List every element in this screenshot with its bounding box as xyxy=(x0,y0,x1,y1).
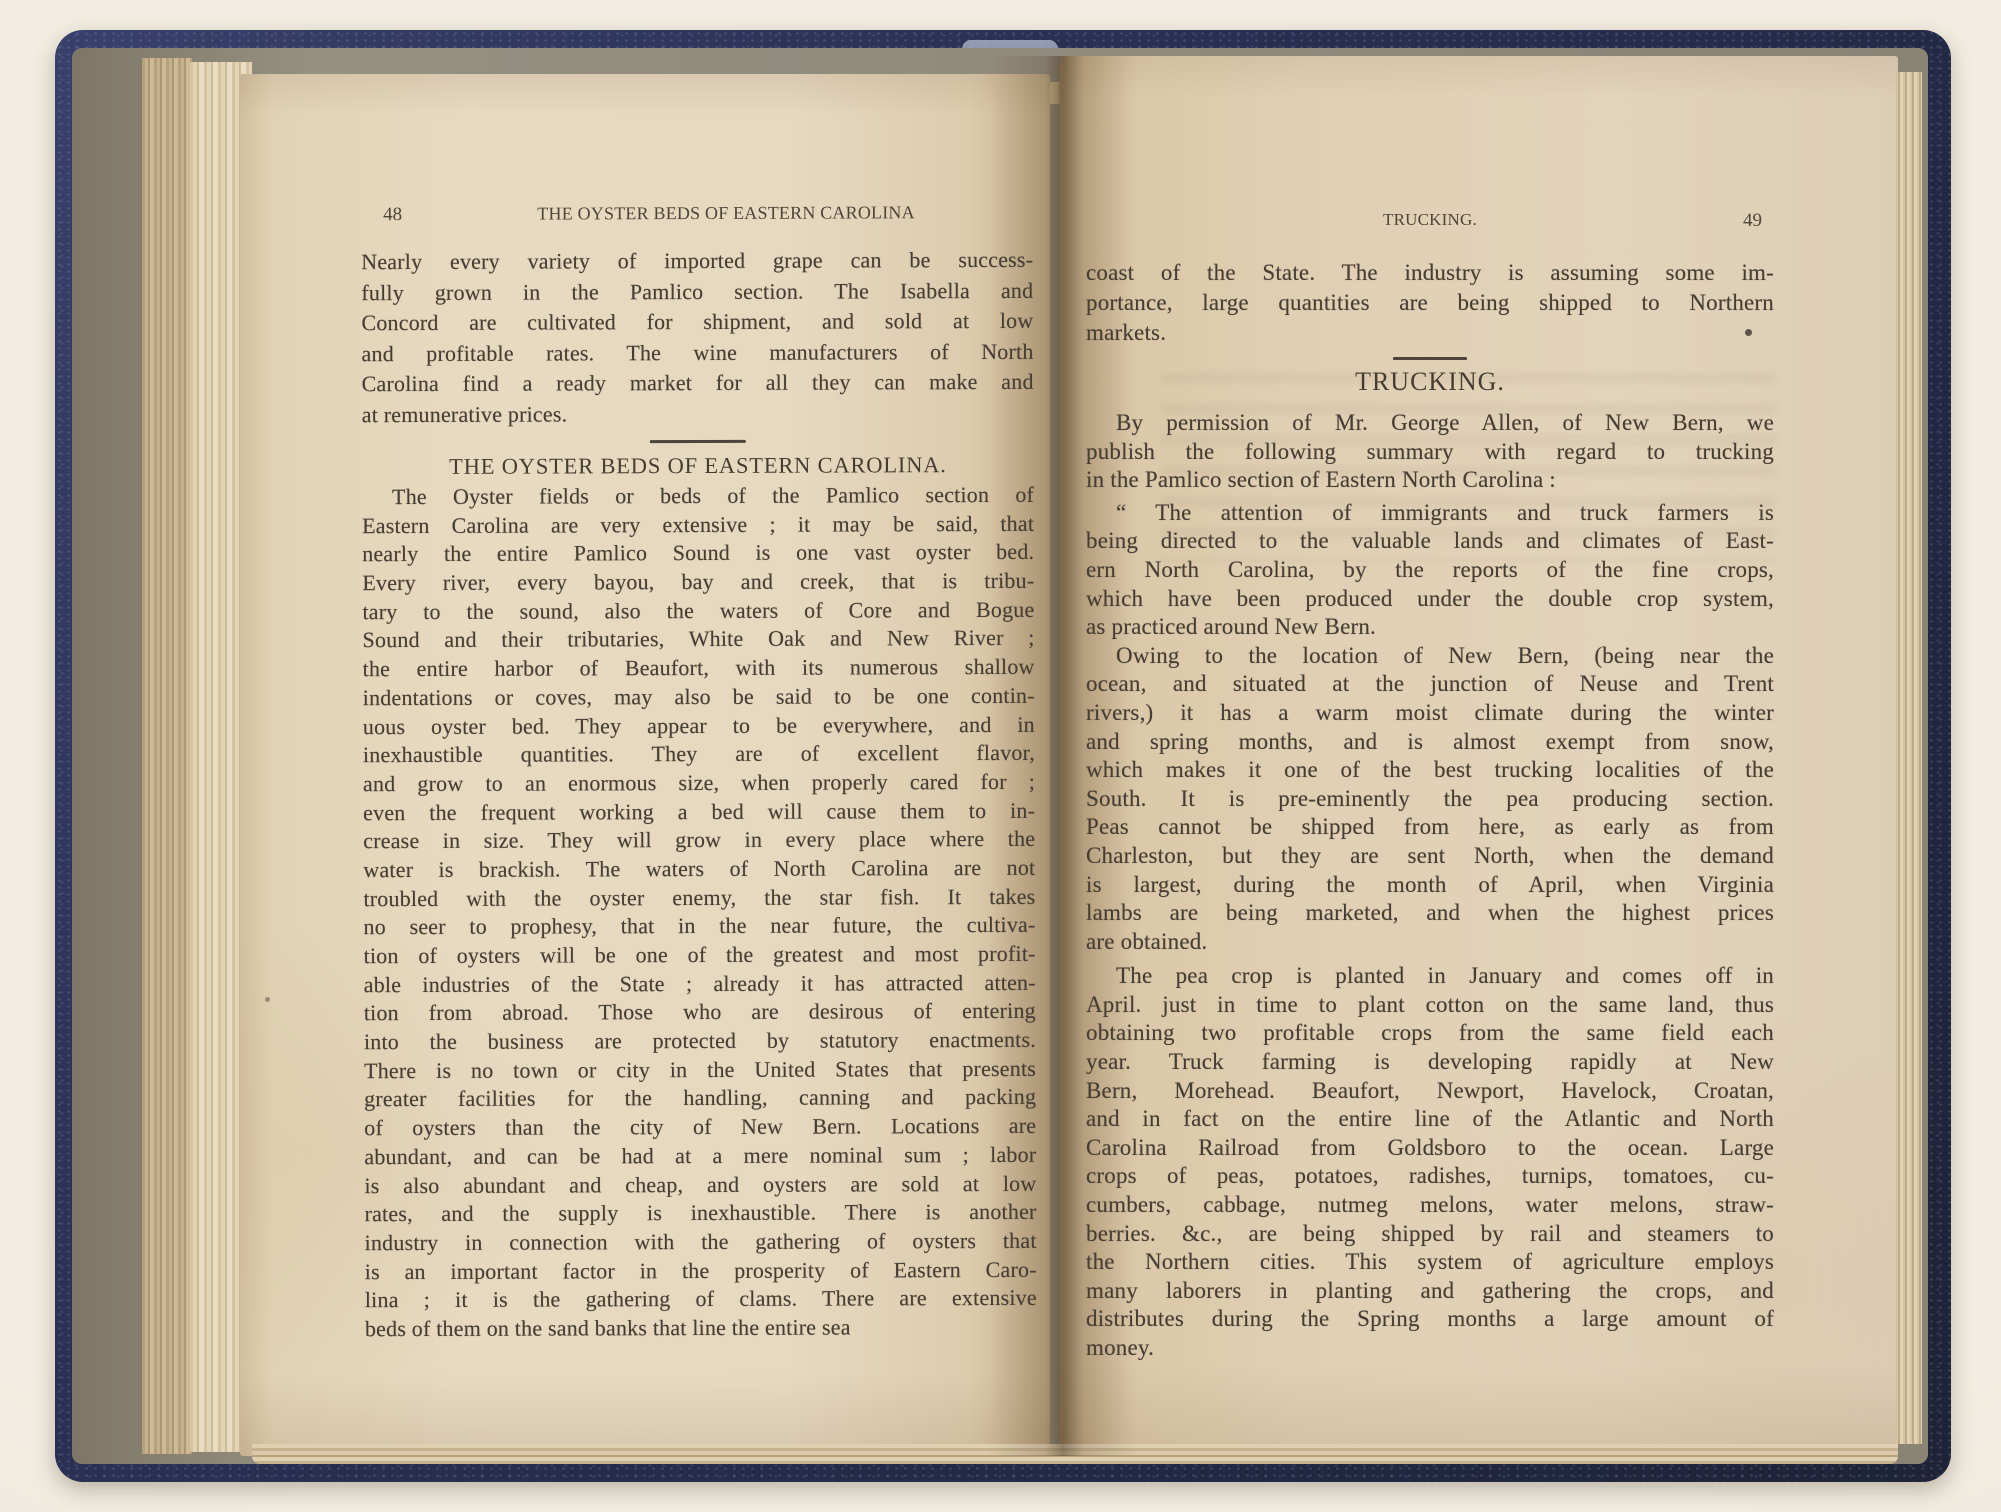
text-line: tary to the sound, also the waters of Co… xyxy=(362,596,1034,627)
text-line: uous oyster bed. They appear to be every… xyxy=(363,710,1035,741)
text-line: at remunerative prices. xyxy=(362,397,1034,430)
text-line: even the frequent working a bed will cau… xyxy=(363,796,1035,827)
text-line: lambs are being marketed, and when the h… xyxy=(1086,899,1774,928)
paragraph-trucking-attention: “ The attention of immigrants and truck … xyxy=(1086,499,1774,642)
text-line: publish the following summary with regar… xyxy=(1086,438,1774,467)
text-line: lina ; it is the gathering of clams. The… xyxy=(365,1284,1037,1315)
page-number-left: 48 xyxy=(383,204,402,226)
text-line: “ The attention of immigrants and truck … xyxy=(1086,499,1774,528)
page-edge-stack-bottom xyxy=(252,1444,1898,1464)
text-line: indentations or coves, may also be said … xyxy=(363,682,1035,713)
text-line: distributes during the Spring months a l… xyxy=(1086,1305,1774,1334)
left-page-text-column: 48 THE OYSTER BEDS OF EASTERN CAROLINA N… xyxy=(361,202,1037,1344)
text-line: rates, and the supply is inexhaustible. … xyxy=(364,1198,1036,1229)
text-line: many laborers in planting and gathering … xyxy=(1086,1277,1774,1306)
running-header-title-left: THE OYSTER BEDS OF EASTERN CAROLINA xyxy=(361,202,1033,225)
text-line: crease in size. They will grow in every … xyxy=(363,825,1035,856)
text-line: water is brackish. The waters of North C… xyxy=(363,854,1035,885)
text-line: There is no town or city in the United S… xyxy=(364,1055,1036,1086)
text-line: Charleston, but they are sent North, whe… xyxy=(1086,842,1774,871)
text-line: is largest, during the month of April, w… xyxy=(1086,871,1774,900)
text-line: no seer to prophesy, that in the near fu… xyxy=(363,911,1035,942)
running-header-left: 48 THE OYSTER BEDS OF EASTERN CAROLINA xyxy=(361,202,1033,228)
text-line: Owing to the location of New Bern, (bein… xyxy=(1086,642,1774,671)
text-line: ocean, and situated at the junction of N… xyxy=(1086,670,1774,699)
text-line: rivers,) it has a warm moist climate dur… xyxy=(1086,699,1774,728)
text-line: is also abundant and cheap, and oysters … xyxy=(364,1169,1036,1200)
page-edge-stack-left-outer xyxy=(142,58,192,1454)
text-line: By permission of Mr. George Allen, of Ne… xyxy=(1086,409,1774,438)
text-line: Bern, Morehead. Beaufort, Newport, Havel… xyxy=(1086,1077,1774,1106)
text-line: is an important factor in the prosperity… xyxy=(365,1255,1037,1286)
text-line: money. xyxy=(1086,1334,1774,1363)
text-line: nearly the entire Pamlico Sound is one v… xyxy=(362,538,1034,569)
paragraph-grape-culture: Nearly every variety of imported grape c… xyxy=(361,245,1034,430)
text-line: The Oyster fields or beds of the Pamlico… xyxy=(362,481,1034,512)
text-line: able industries of the State ; already i… xyxy=(364,969,1036,1000)
running-header-right: TRUCKING. 49 xyxy=(1086,210,1774,234)
text-line: as practiced around New Bern. xyxy=(1086,613,1774,642)
paragraph-shipping-continuation: coast of the State. The industry is assu… xyxy=(1086,258,1774,348)
text-line: the Northern cities. This system of agri… xyxy=(1086,1248,1774,1277)
text-line: and in fact on the entire line of the At… xyxy=(1086,1105,1774,1134)
paragraph-oyster-beds: The Oyster fields or beds of the Pamlico… xyxy=(362,481,1037,1344)
text-line: which makes it one of the best trucking … xyxy=(1086,756,1774,785)
text-line: Nearly every variety of imported grape c… xyxy=(361,245,1033,278)
text-line: tion of oysters will be one of the great… xyxy=(364,940,1036,971)
text-line: berries. &c., are being shipped by rail … xyxy=(1086,1220,1774,1249)
text-line: inexhaustible quantities. They are of ex… xyxy=(363,739,1035,770)
paragraph-trucking-climate: Owing to the location of New Bern, (bein… xyxy=(1086,642,1774,957)
text-line: greater facilities for the handling, can… xyxy=(364,1083,1036,1114)
paragraph-trucking-pea-crop: The pea crop is planted in January and c… xyxy=(1086,962,1774,1362)
text-line: crops of peas, potatoes, radishes, turni… xyxy=(1086,1162,1774,1191)
right-page-text-column: TRUCKING. 49 coast of the State. The ind… xyxy=(1086,210,1774,1363)
text-line: being directed to the valuable lands and… xyxy=(1086,527,1774,556)
section-divider-rule-right xyxy=(1393,357,1467,360)
text-line: coast of the State. The industry is assu… xyxy=(1086,258,1774,288)
book-photo: 48 THE OYSTER BEDS OF EASTERN CAROLINA N… xyxy=(0,0,2001,1512)
text-line: the entire harbor of Beaufort, with its … xyxy=(363,653,1035,684)
text-line: industry in connection with the gatherin… xyxy=(365,1227,1037,1258)
text-line: and spring months, and is almost exempt … xyxy=(1086,728,1774,757)
page-number-right: 49 xyxy=(1743,210,1762,232)
text-line: year. Truck farming is developing rapidl… xyxy=(1086,1048,1774,1077)
paragraph-trucking-permission: By permission of Mr. George Allen, of Ne… xyxy=(1086,409,1774,495)
text-line: troubled with the oyster enemy, the star… xyxy=(363,882,1035,913)
text-line: The pea crop is planted in January and c… xyxy=(1086,962,1774,991)
text-line: Peas cannot be shipped from here, as ear… xyxy=(1086,813,1774,842)
text-line: April. just in time to plant cotton on t… xyxy=(1086,991,1774,1020)
text-line: fully grown in the Pamlico section. The … xyxy=(361,275,1033,308)
section-heading-right: TRUCKING. xyxy=(1086,367,1774,397)
text-line: portance, large quantities are being shi… xyxy=(1086,288,1774,318)
text-line: cumbers, cabbage, nutmeg melons, water m… xyxy=(1086,1191,1774,1220)
text-line: of oysters than the city of New Bern. Lo… xyxy=(364,1112,1036,1143)
text-line: Every river, every bayou, bay and creek,… xyxy=(362,567,1034,598)
page-edge-stack-right xyxy=(1896,72,1922,1444)
ink-speck xyxy=(265,997,270,1002)
text-line: South. It is pre-eminently the pea produ… xyxy=(1086,785,1774,814)
text-line: into the business are protected by statu… xyxy=(364,1026,1036,1057)
running-header-title-right: TRUCKING. xyxy=(1086,210,1774,230)
text-line: which have been produced under the doubl… xyxy=(1086,585,1774,614)
text-line: Eastern Carolina are very extensive ; it… xyxy=(362,510,1034,541)
text-line: and profitable rates. The wine manufactu… xyxy=(361,336,1033,369)
section-divider-rule-left xyxy=(650,440,746,443)
text-line: Sound and their tributaries, White Oak a… xyxy=(362,624,1034,655)
text-line: are obtained. xyxy=(1086,928,1774,957)
text-line: in the Pamlico section of Eastern North … xyxy=(1086,466,1774,495)
text-line: obtaining two profitable crops from the … xyxy=(1086,1019,1774,1048)
text-line: tion from abroad. Those who are desirous… xyxy=(364,997,1036,1028)
text-line: Carolina Railroad from Goldsboro to the … xyxy=(1086,1134,1774,1163)
text-line: markets. xyxy=(1086,318,1774,348)
text-line: abundant, and can be had at a mere nomin… xyxy=(364,1141,1036,1172)
section-heading-left: THE OYSTER BEDS OF EASTERN CAROLINA. xyxy=(362,451,1034,480)
text-line: beds of them on the sand banks that line… xyxy=(365,1313,1037,1344)
text-line: ern North Carolina, by the reports of th… xyxy=(1086,556,1774,585)
text-line: Carolina find a ready market for all the… xyxy=(362,367,1034,400)
text-line: Concord are cultivated for shipment, and… xyxy=(361,306,1033,339)
text-line: and grow to an enormous size, when prope… xyxy=(363,768,1035,799)
